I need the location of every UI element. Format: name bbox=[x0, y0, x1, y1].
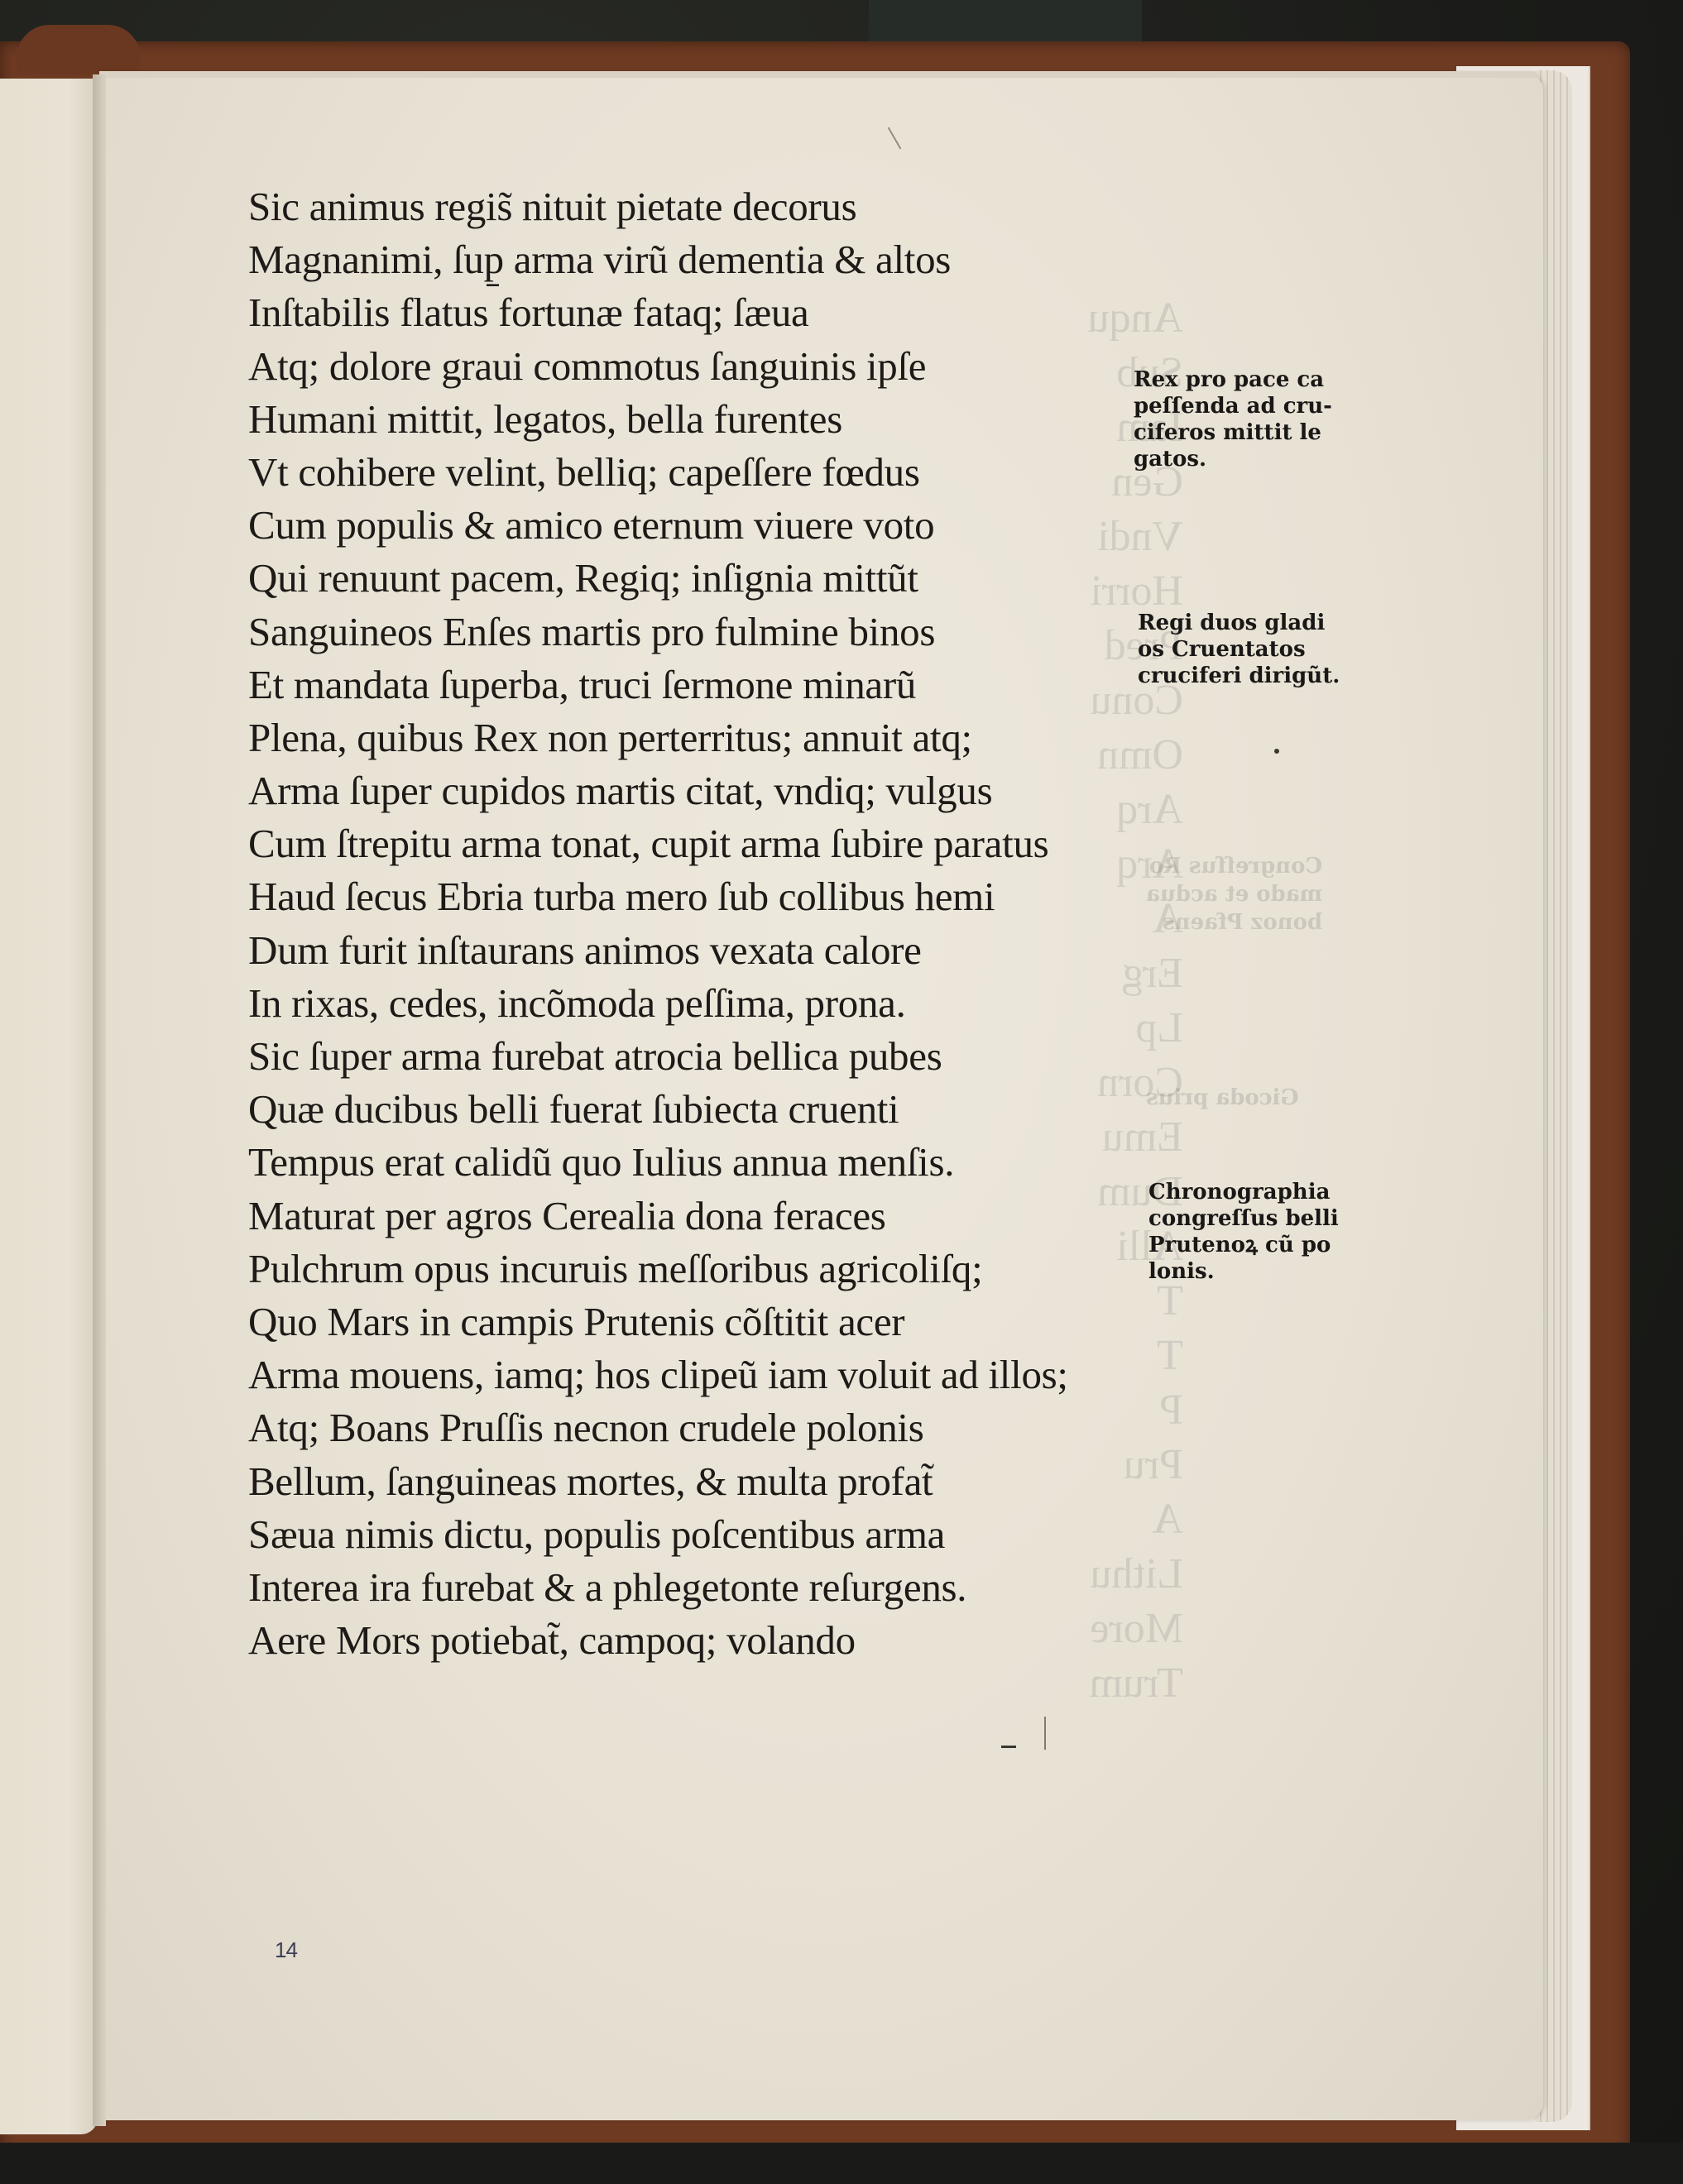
verse-line: Cum ſtrepitu arma tonat, cupit arma ſubi… bbox=[248, 817, 1175, 870]
verse-line: Atq; Boans Pruſſis necnon crudele poloni… bbox=[248, 1401, 1175, 1454]
verse-line: Dum furit inſtaurans animos vexata calor… bbox=[248, 924, 1175, 977]
verse-line: Interea ira furebat & a phlegetonte reſu… bbox=[248, 1561, 1175, 1614]
verse-line: Quæ ducibus belli fuerat ſubiecta cruent… bbox=[248, 1083, 1175, 1136]
cover-headcap bbox=[17, 25, 141, 74]
marginal-note-line: peſſenda ad cru- bbox=[1134, 393, 1382, 419]
ink-speck bbox=[1044, 1717, 1046, 1750]
verse-line: Inſtabilis flatus fortunæ fataq; ſæua bbox=[248, 286, 1175, 339]
verse-line: Et mandata ſuperba, truci ſermone minarũ bbox=[248, 659, 1175, 711]
marginal-note-line: ciferos mittit le bbox=[1134, 419, 1382, 446]
verse-line: Atq; dolore graui commotus ſanguinis ipſ… bbox=[248, 340, 1175, 393]
verse-line: Arma ſuper cupidos martis citat, vndiq; … bbox=[248, 764, 1175, 817]
verse-text-block: Sic animus regis̃ nituit pietate decorus… bbox=[248, 180, 1175, 1667]
marginal-note-line: Chronographia bbox=[1148, 1179, 1397, 1205]
marginal-note-line: Prutenoꝝ cũ po bbox=[1148, 1232, 1397, 1258]
verse-line: Aere Mors potiebat̃, campoq; volando bbox=[248, 1614, 1175, 1667]
ink-speck bbox=[1274, 749, 1279, 754]
marginal-note-line: Rex pro pace ca bbox=[1134, 366, 1382, 393]
verse-line: Plena, quibus Rex non perterritus; annui… bbox=[248, 711, 1175, 764]
marginal-note-line: cruciferi dirigũt. bbox=[1138, 663, 1386, 689]
verse-line: Magnanimi, ſup̱ arma virũ dementia & alt… bbox=[248, 233, 1175, 286]
verse-line: Sanguineos Enſes martis pro fulmine bino… bbox=[248, 606, 1175, 659]
marginal-note-line: gatos. bbox=[1134, 446, 1382, 472]
marginal-note: Chronographia congreſſus belli Prutenoꝝ … bbox=[1148, 1179, 1397, 1285]
verse-line: Sic animus regis̃ nituit pietate decorus bbox=[248, 180, 1175, 233]
page-top-edge bbox=[99, 71, 1539, 78]
verse-line: Cum populis & amico eternum viuere voto bbox=[248, 499, 1175, 552]
marginal-note-line: Regi duos gladi bbox=[1138, 610, 1386, 636]
verse-line: Qui renuunt pacem, Regiq; inſignia mittũ… bbox=[248, 552, 1175, 605]
verse-line: Haud ſecus Ebria turba mero ſub collibus… bbox=[248, 870, 1175, 923]
verse-line: Quo Mars in campis Prutenis cõſtitit ace… bbox=[248, 1296, 1175, 1348]
marginal-note-line: congreſſus belli bbox=[1148, 1205, 1397, 1232]
verse-line: In rixas, cedes, incõmoda peſſima, prona… bbox=[248, 977, 1175, 1030]
marginal-note: Regi duos gladi os Cruentatos cruciferi … bbox=[1138, 610, 1386, 689]
verse-line: Tempus erat calidũ quo Iulius annua menſ… bbox=[248, 1136, 1175, 1189]
verse-line: Arma mouens, iamq; hos clipeũ iam voluit… bbox=[248, 1348, 1175, 1401]
verse-line: Humani mittit, legatos, bella furentes bbox=[248, 393, 1175, 446]
verse-line: Maturat per agros Cerealia dona feraces bbox=[248, 1190, 1175, 1243]
marginal-note-line: os Cruentatos bbox=[1138, 636, 1386, 663]
marginal-note-line: lonis. bbox=[1148, 1258, 1397, 1285]
verse-line: Bellum, ſanguineas mortes, & multa profa… bbox=[248, 1455, 1175, 1508]
verse-line: Vt cohibere velint, belliq; capeſſere fœ… bbox=[248, 446, 1175, 499]
verse-line: Sic ſuper arma furebat atrocia bellica p… bbox=[248, 1030, 1175, 1083]
folio-number: 14 bbox=[275, 1937, 297, 1963]
left-page bbox=[0, 79, 98, 2134]
background-bottom bbox=[0, 2143, 1683, 2184]
ink-speck bbox=[1001, 1746, 1016, 1748]
gutter bbox=[93, 74, 106, 2126]
marginal-note: Rex pro pace ca peſſenda ad cru- ciferos… bbox=[1134, 366, 1382, 472]
verse-line: Sæua nimis dictu, populis poſcentibus ar… bbox=[248, 1508, 1175, 1561]
verse-line: Pulchrum opus incuruis meſſoribus agrico… bbox=[248, 1243, 1175, 1296]
